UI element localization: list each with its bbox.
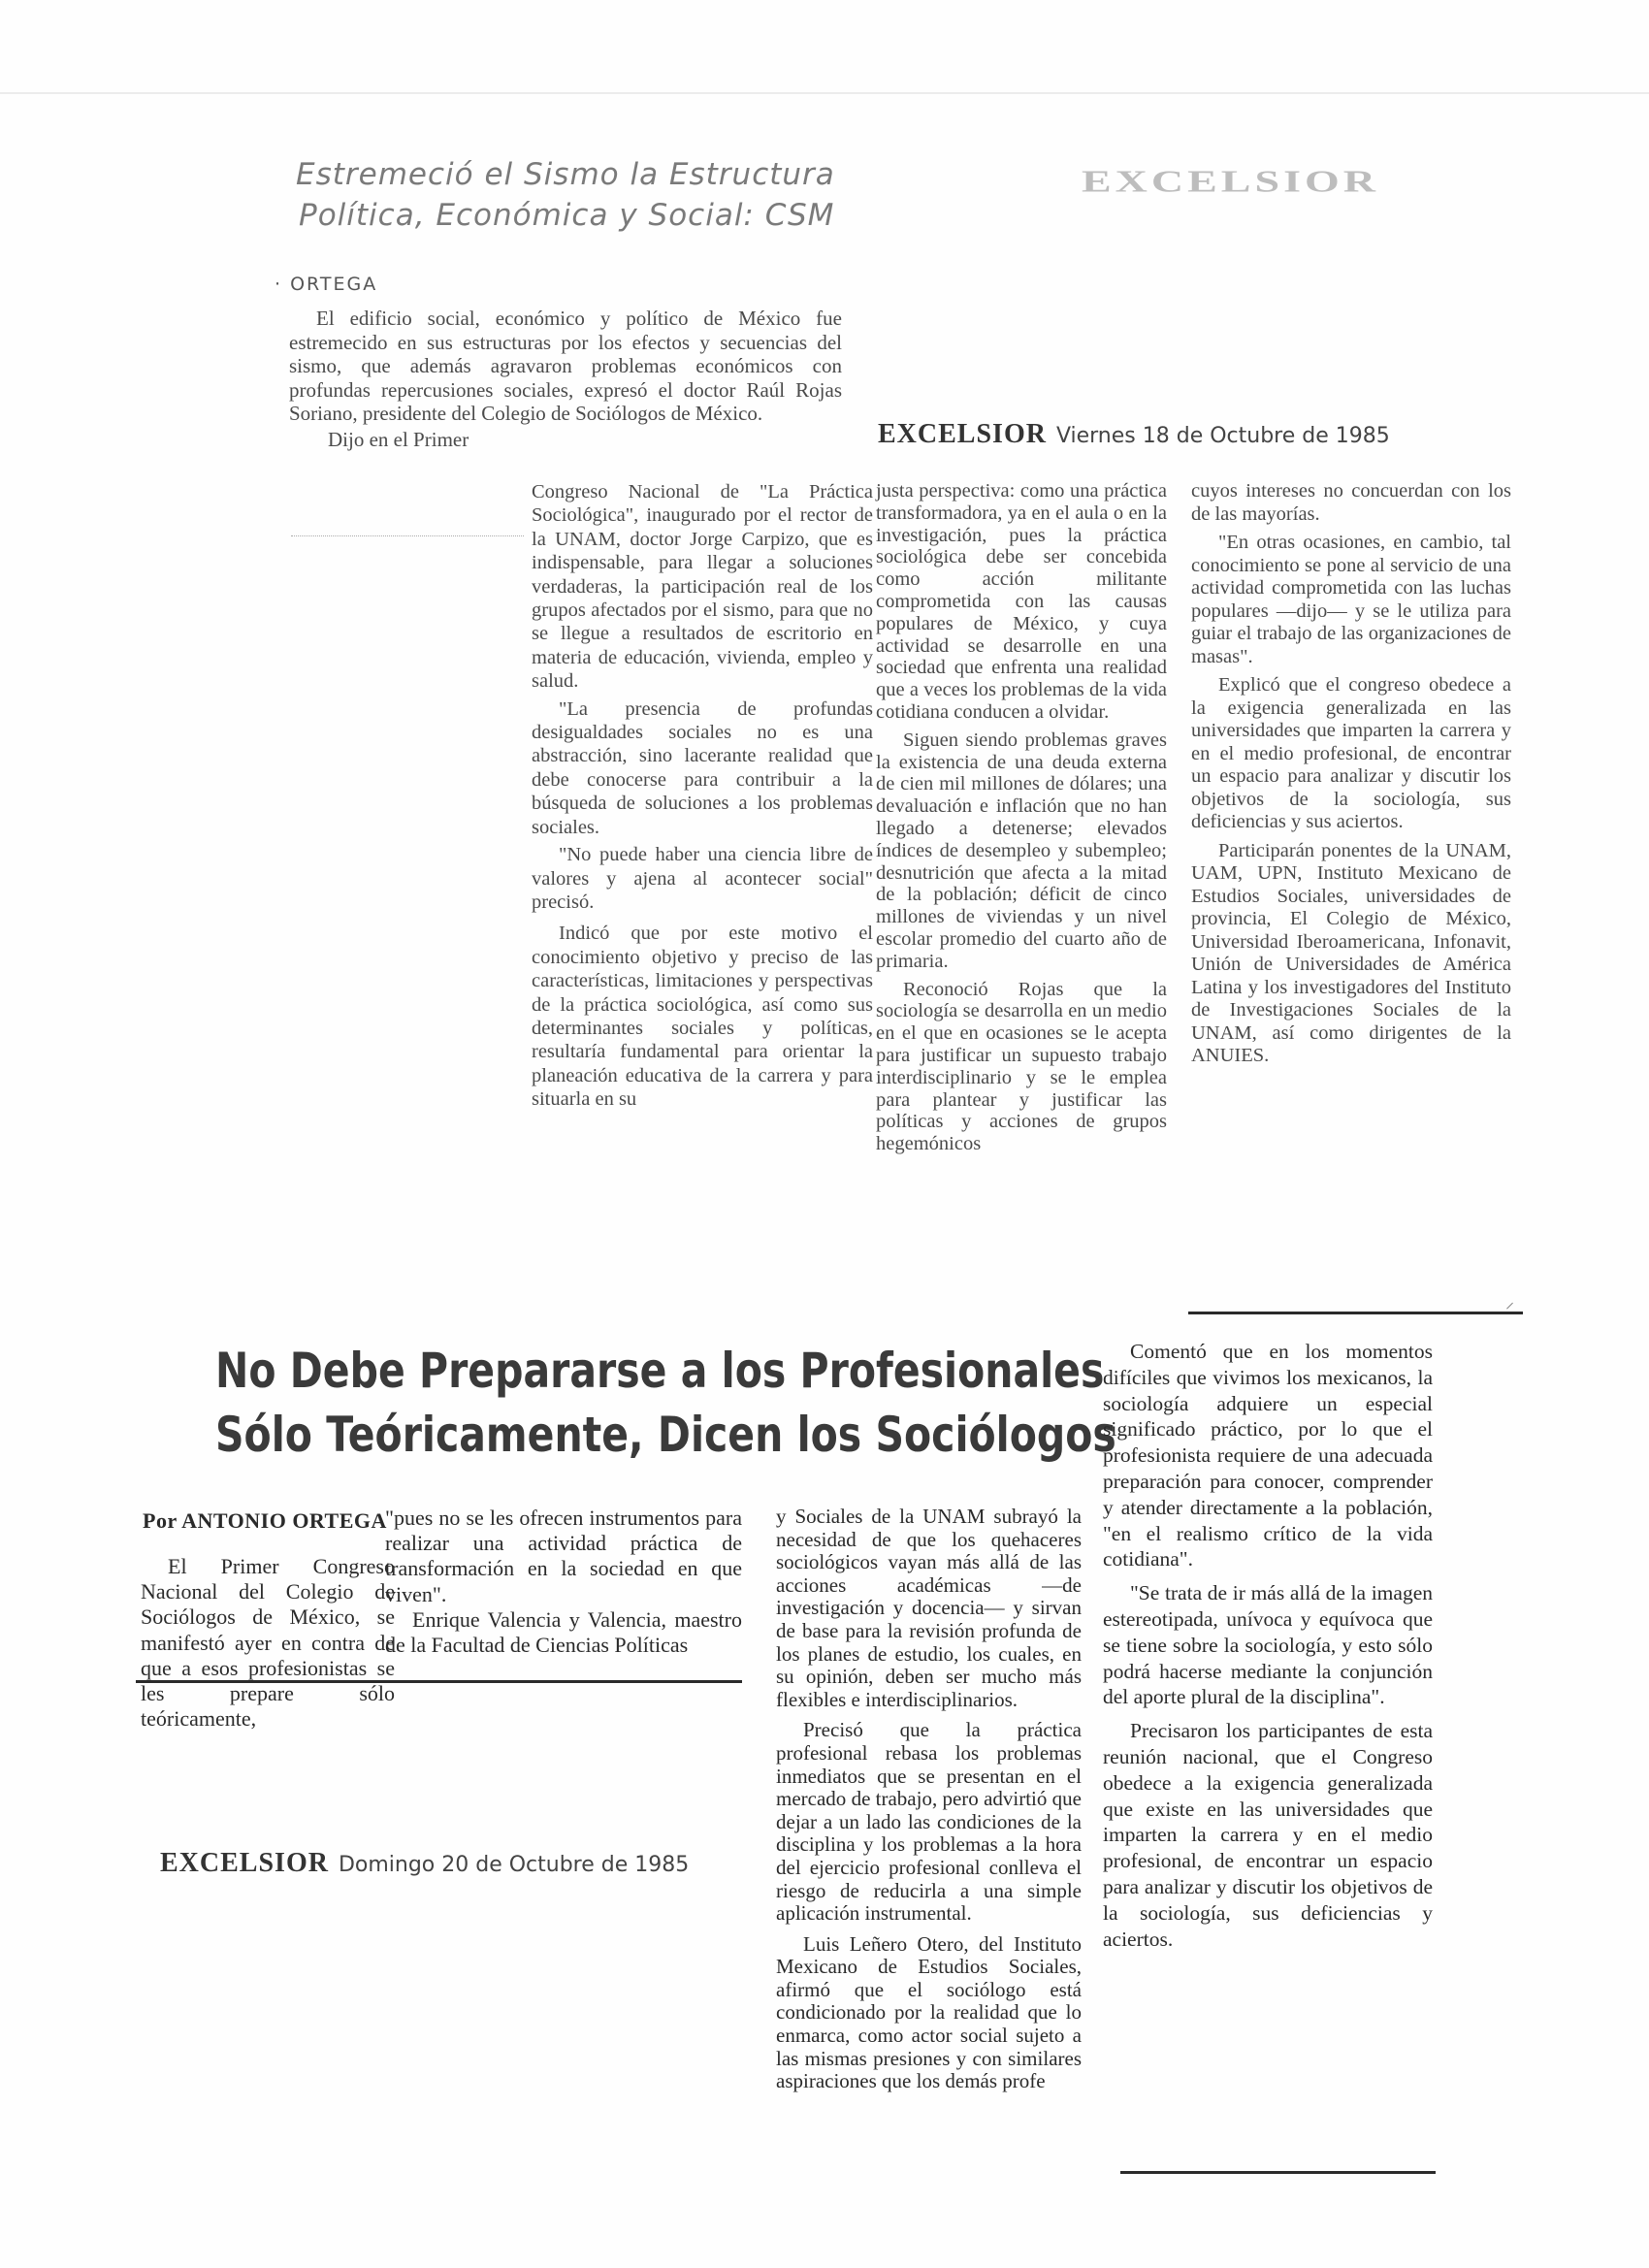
top-headline-line2: Política, Económica y Social: CSM <box>299 196 834 235</box>
paragraph: "No puede haber una ciencia libre de val… <box>532 843 873 914</box>
top-lead-paragraph: El edificio social, económico y político… <box>289 307 842 452</box>
paragraph: Comentó que en los momentos difíciles qu… <box>1103 1339 1433 1572</box>
bottom-column-2: "pues no se les ofrecen instrumentos par… <box>385 1506 742 1658</box>
paragraph: Congreso Nacional de "La Práctica Sociol… <box>532 480 873 694</box>
paragraph: "pues no se les ofrecen instrumentos par… <box>385 1506 742 1607</box>
dateline-date: Viernes 18 de Octubre de 1985 <box>1056 424 1390 448</box>
bottom-column-1: El Primer Congreso Nacional del Colegio … <box>141 1554 395 1732</box>
margin-mark: ⸝ <box>1505 1290 1514 1313</box>
paragraph: Explicó que el congreso obedece a la exi… <box>1191 674 1511 834</box>
top-article-end-rule <box>1188 1312 1523 1314</box>
paragraph: Precisó que la práctica profesional reba… <box>776 1719 1082 1925</box>
masthead-faded-logo: EXCELSIOR <box>1082 163 1379 199</box>
paragraph: Siguen siendo problemas graves la existe… <box>876 729 1167 973</box>
dateline-masthead: EXCELSIOR <box>160 1848 329 1878</box>
top-column-1: Congreso Nacional de "La Práctica Sociol… <box>532 480 873 1112</box>
paragraph: Reconoció Rojas que la sociología se des… <box>876 979 1167 1155</box>
lead-text: El edificio social, económico y político… <box>289 307 842 426</box>
paragraph: "En otras ocasiones, en cambio, tal cono… <box>1191 532 1511 668</box>
paragraph: y Sociales de la UNAM subrayó la necesid… <box>776 1506 1082 1711</box>
bottom-lead-rule <box>136 1680 742 1683</box>
bottom-headline-line2: Sólo Teóricamente, Dicen los Sociólogos <box>215 1403 1116 1467</box>
dateline-masthead: EXCELSIOR <box>878 419 1047 449</box>
top-headline-line1: Estremeció el Sismo la Estructura <box>296 155 835 194</box>
bottom-byline: Por ANTONIO ORTEGA <box>143 1508 387 1534</box>
paragraph: "Se trata de ir más allá de la imagen es… <box>1103 1580 1433 1710</box>
bottom-article-end-rule <box>1120 2171 1436 2174</box>
paragraph: El Primer Congreso Nacional del Colegio … <box>141 1554 395 1732</box>
top-column-2: justa perspectiva: como una práctica tra… <box>876 480 1167 1155</box>
paragraph: Precisaron los participantes de esta reu… <box>1103 1718 1433 1952</box>
paragraph: Luis Leñero Otero, del Instituto Mexican… <box>776 1933 1082 2093</box>
dateline-top: EXCELSIOR Viernes 18 de Octubre de 1985 <box>878 419 1390 450</box>
dotted-rule <box>291 535 524 537</box>
paragraph: cuyos intereses no concuerdan con los de… <box>1191 480 1511 526</box>
dateline-bottom: EXCELSIOR Domingo 20 de Octubre de 1985 <box>160 1848 689 1879</box>
top-column-3: cuyos intereses no concuerdan con los de… <box>1191 480 1511 1068</box>
bottom-column-3: y Sociales de la UNAM subrayó la necesid… <box>776 1506 1082 2093</box>
para2-start: Dijo en el Primer <box>289 428 842 452</box>
dateline-date: Domingo 20 de Octubre de 1985 <box>339 1853 689 1877</box>
bottom-headline-line1: No Debe Prepararse a los Profesionales <box>215 1339 1104 1403</box>
scanned-newspaper-page: Estremeció el Sismo la Estructura Políti… <box>0 0 1649 2268</box>
bottom-column-4: Comentó que en los momentos difíciles qu… <box>1103 1339 1433 1952</box>
paragraph: justa perspectiva: como una práctica tra… <box>876 480 1167 724</box>
paragraph: Enrique Valencia y Valencia, maestro de … <box>385 1607 742 1658</box>
paragraph: "La presencia de profundas desigualdades… <box>532 697 873 839</box>
top-byline: · ORTEGA <box>275 274 377 295</box>
paragraph: Participarán ponentes de la UNAM, UAM, U… <box>1191 840 1511 1068</box>
scan-edge <box>0 92 1649 94</box>
paragraph: Indicó que por este motivo el conocimien… <box>532 922 873 1111</box>
